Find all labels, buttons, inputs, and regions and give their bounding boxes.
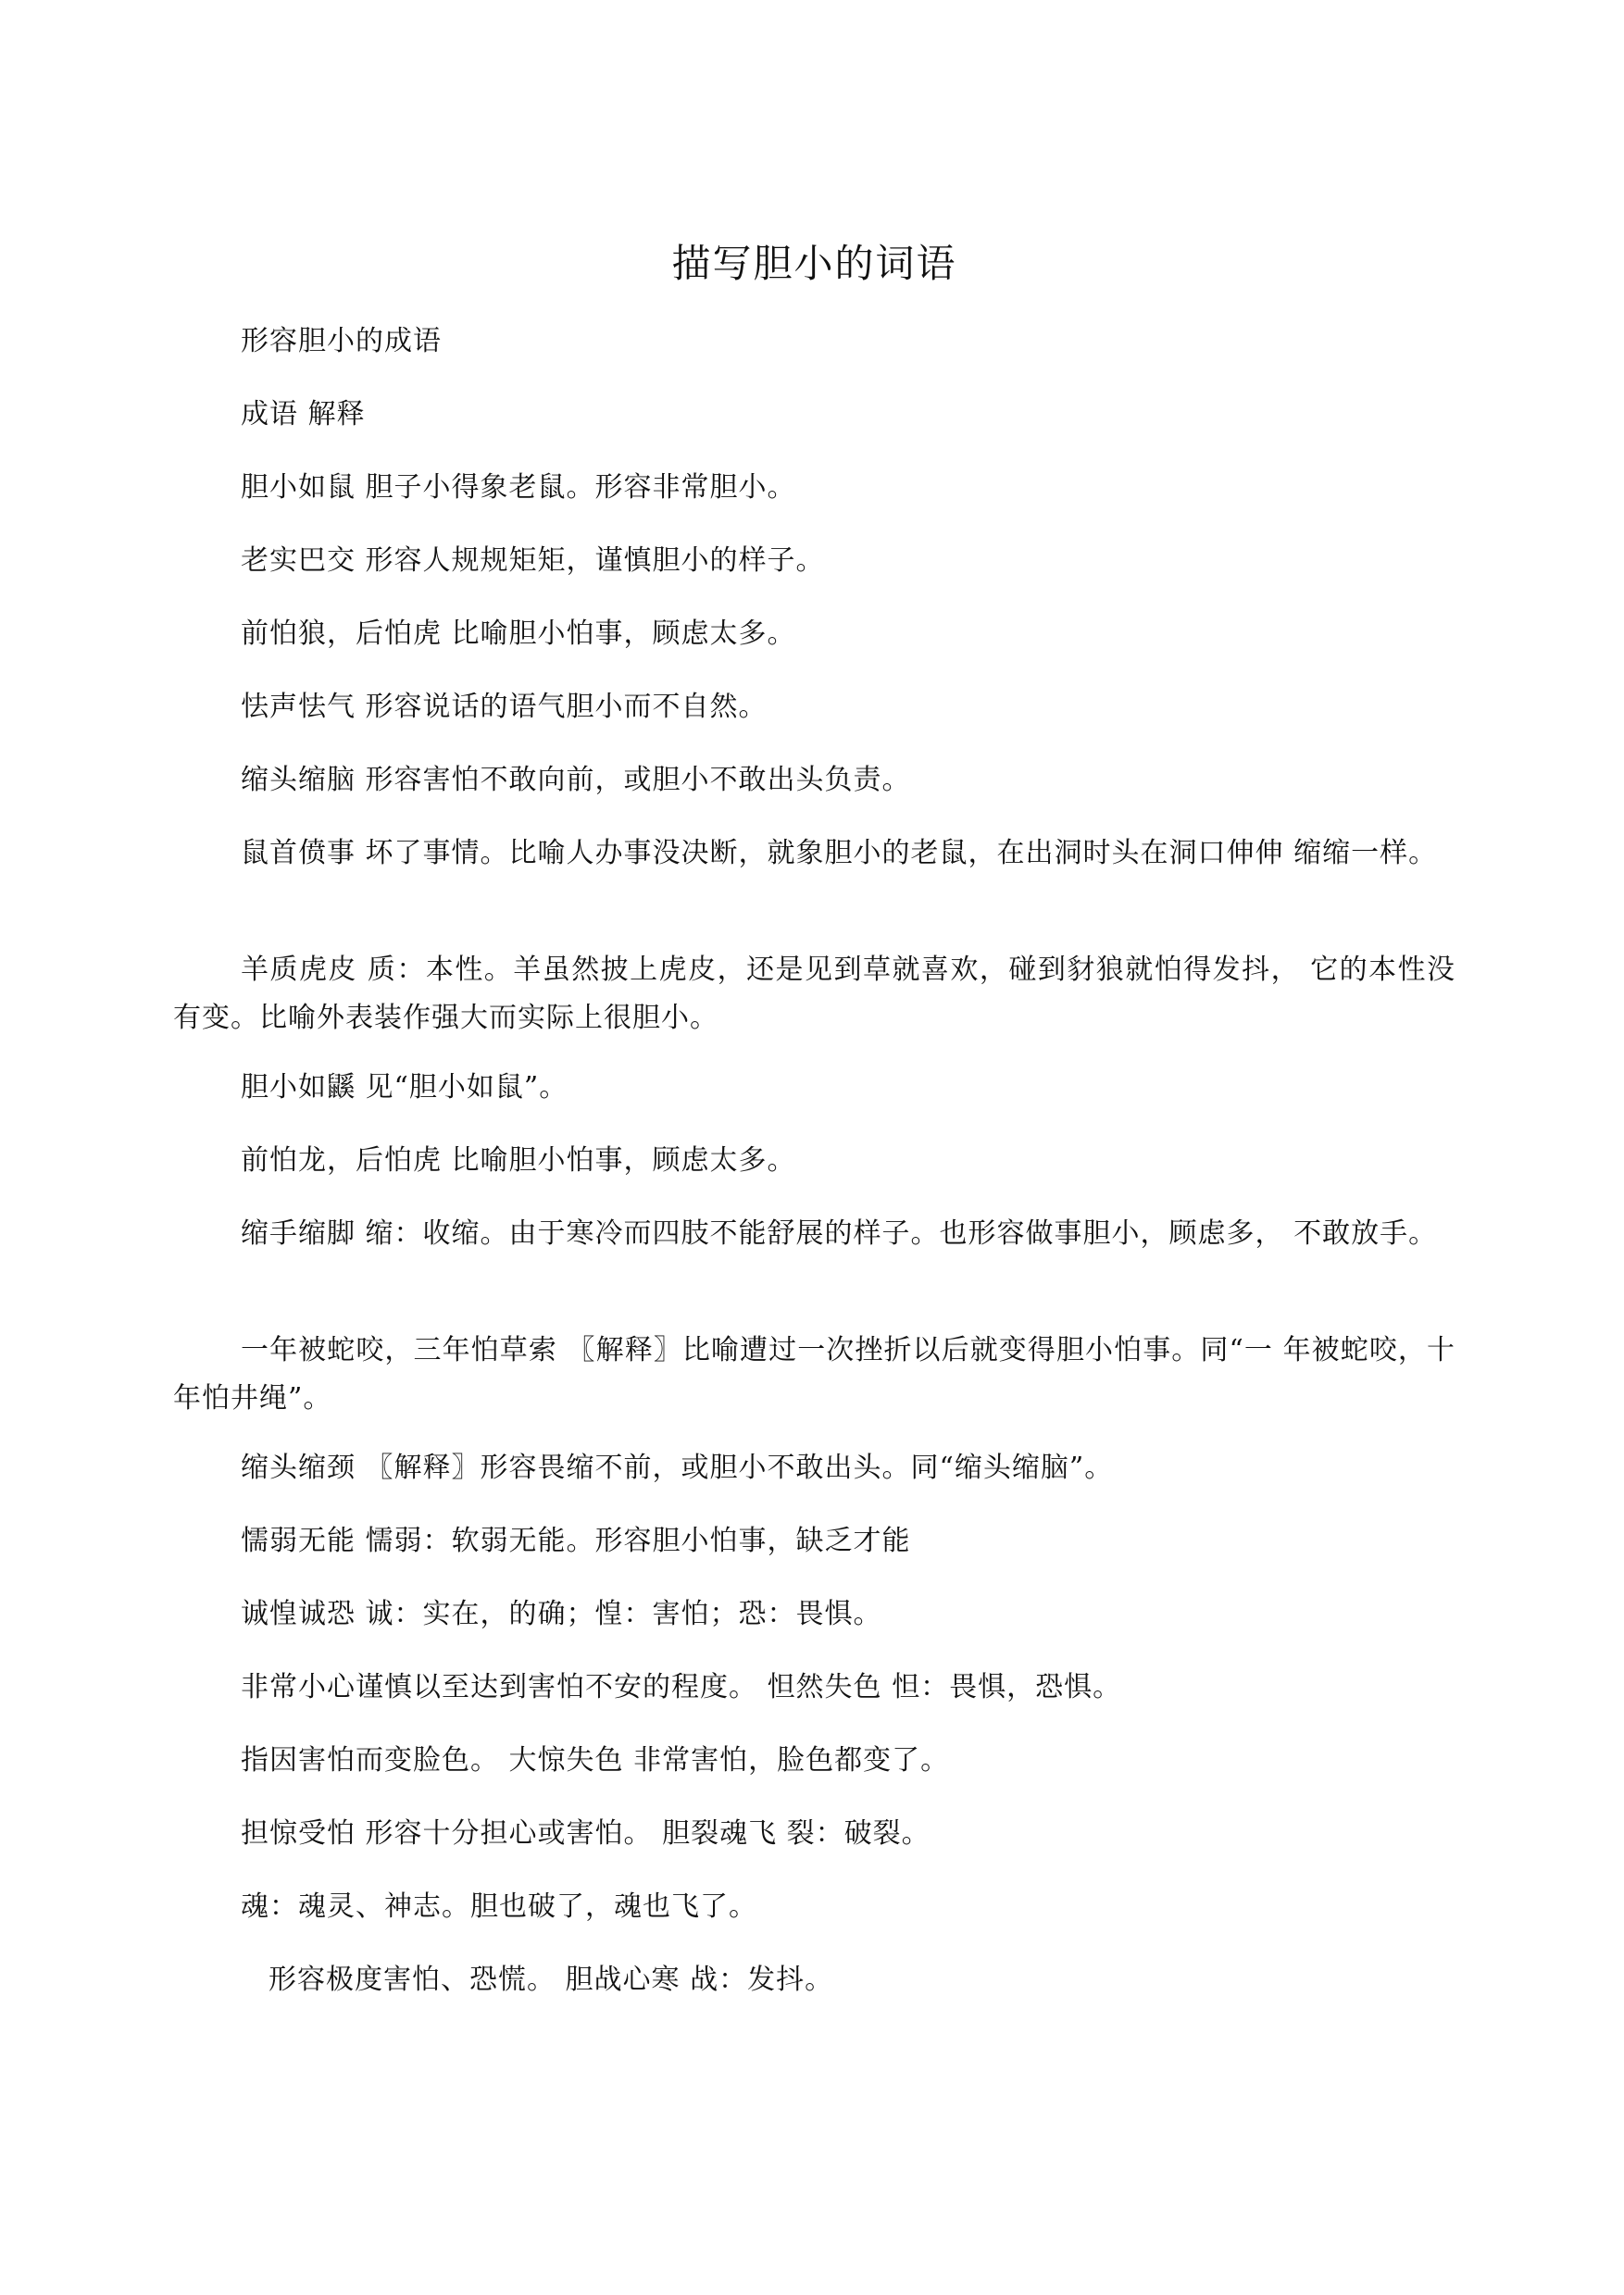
- idiom-entry: 魂：魂灵、神志。胆也破了，魂也飞了。: [173, 1883, 1455, 1931]
- idiom-entry: 鼠首偾事 坏了事情。比喻人办事没决断，就象胆小的老鼠，在出洞时头在洞口伸伸 缩缩…: [173, 829, 1455, 878]
- idiom-entry: 前怕龙，后怕虎 比喻胆小怕事，顾虑太多。: [173, 1137, 1455, 1185]
- idiom-entry: 胆小如鼠 胆子小得象老鼠。形容非常胆小。: [173, 464, 1455, 512]
- idiom-entry: 缩头缩颈 〖解释〗形容畏缩不前，或胆小不敢出头。同“缩头缩脑”。: [173, 1444, 1455, 1492]
- section-heading: 形容胆小的成语: [173, 318, 1455, 366]
- column-header: 成语 解释: [173, 391, 1455, 439]
- idiom-entry: 指因害怕而变脸色。 大惊失色 非常害怕，脸色都变了。: [173, 1737, 1455, 1785]
- idiom-entry: 一年被蛇咬，三年怕草索 〖解释〗比喻遭过一次挫折以后就变得胆小怕事。同“一 年被…: [173, 1327, 1455, 1423]
- idiom-entry: 缩手缩脚 缩：收缩。由于寒冷而四肢不能舒展的样子。也形容做事胆小，顾虑多， 不敢…: [173, 1210, 1455, 1258]
- idiom-entry: 前怕狼，后怕虎 比喻胆小怕事，顾虑太多。: [173, 610, 1455, 658]
- idiom-entry: 胆小如鼷 见“胆小如鼠”。: [173, 1064, 1455, 1112]
- idiom-entry: 怯声怯气 形容说话的语气胆小而不自然。: [173, 683, 1455, 731]
- idiom-entry: 老实巴交 形容人规规矩矩，谨慎胆小的样子。: [173, 537, 1455, 585]
- idiom-entry: 羊质虎皮 质：本性。羊虽然披上虎皮，还是见到草就喜欢，碰到豺狼就怕得发抖， 它的…: [173, 946, 1455, 1042]
- idiom-entry: 担惊受怕 形容十分担心或害怕。 胆裂魂飞 裂：破裂。: [173, 1810, 1455, 1858]
- idiom-entry: 非常小心谨慎以至达到害怕不安的程度。 怛然失色 怛：畏惧，恐惧。: [173, 1664, 1455, 1712]
- idiom-entry: 诚惶诚恐 诚：实在，的确；惶：害怕；恐：畏惧。: [173, 1590, 1455, 1639]
- idiom-entry: 形容极度害怕、恐慌。 胆战心寒 战：发抖。: [173, 1956, 1455, 2004]
- idiom-entry: 缩头缩脑 形容害怕不敢向前，或胆小不敢出头负责。: [173, 756, 1455, 804]
- idiom-entry: 懦弱无能 懦弱：软弱无能。形容胆小怕事，缺乏才能: [173, 1517, 1455, 1565]
- document-title: 描写胆小的词语: [173, 233, 1455, 289]
